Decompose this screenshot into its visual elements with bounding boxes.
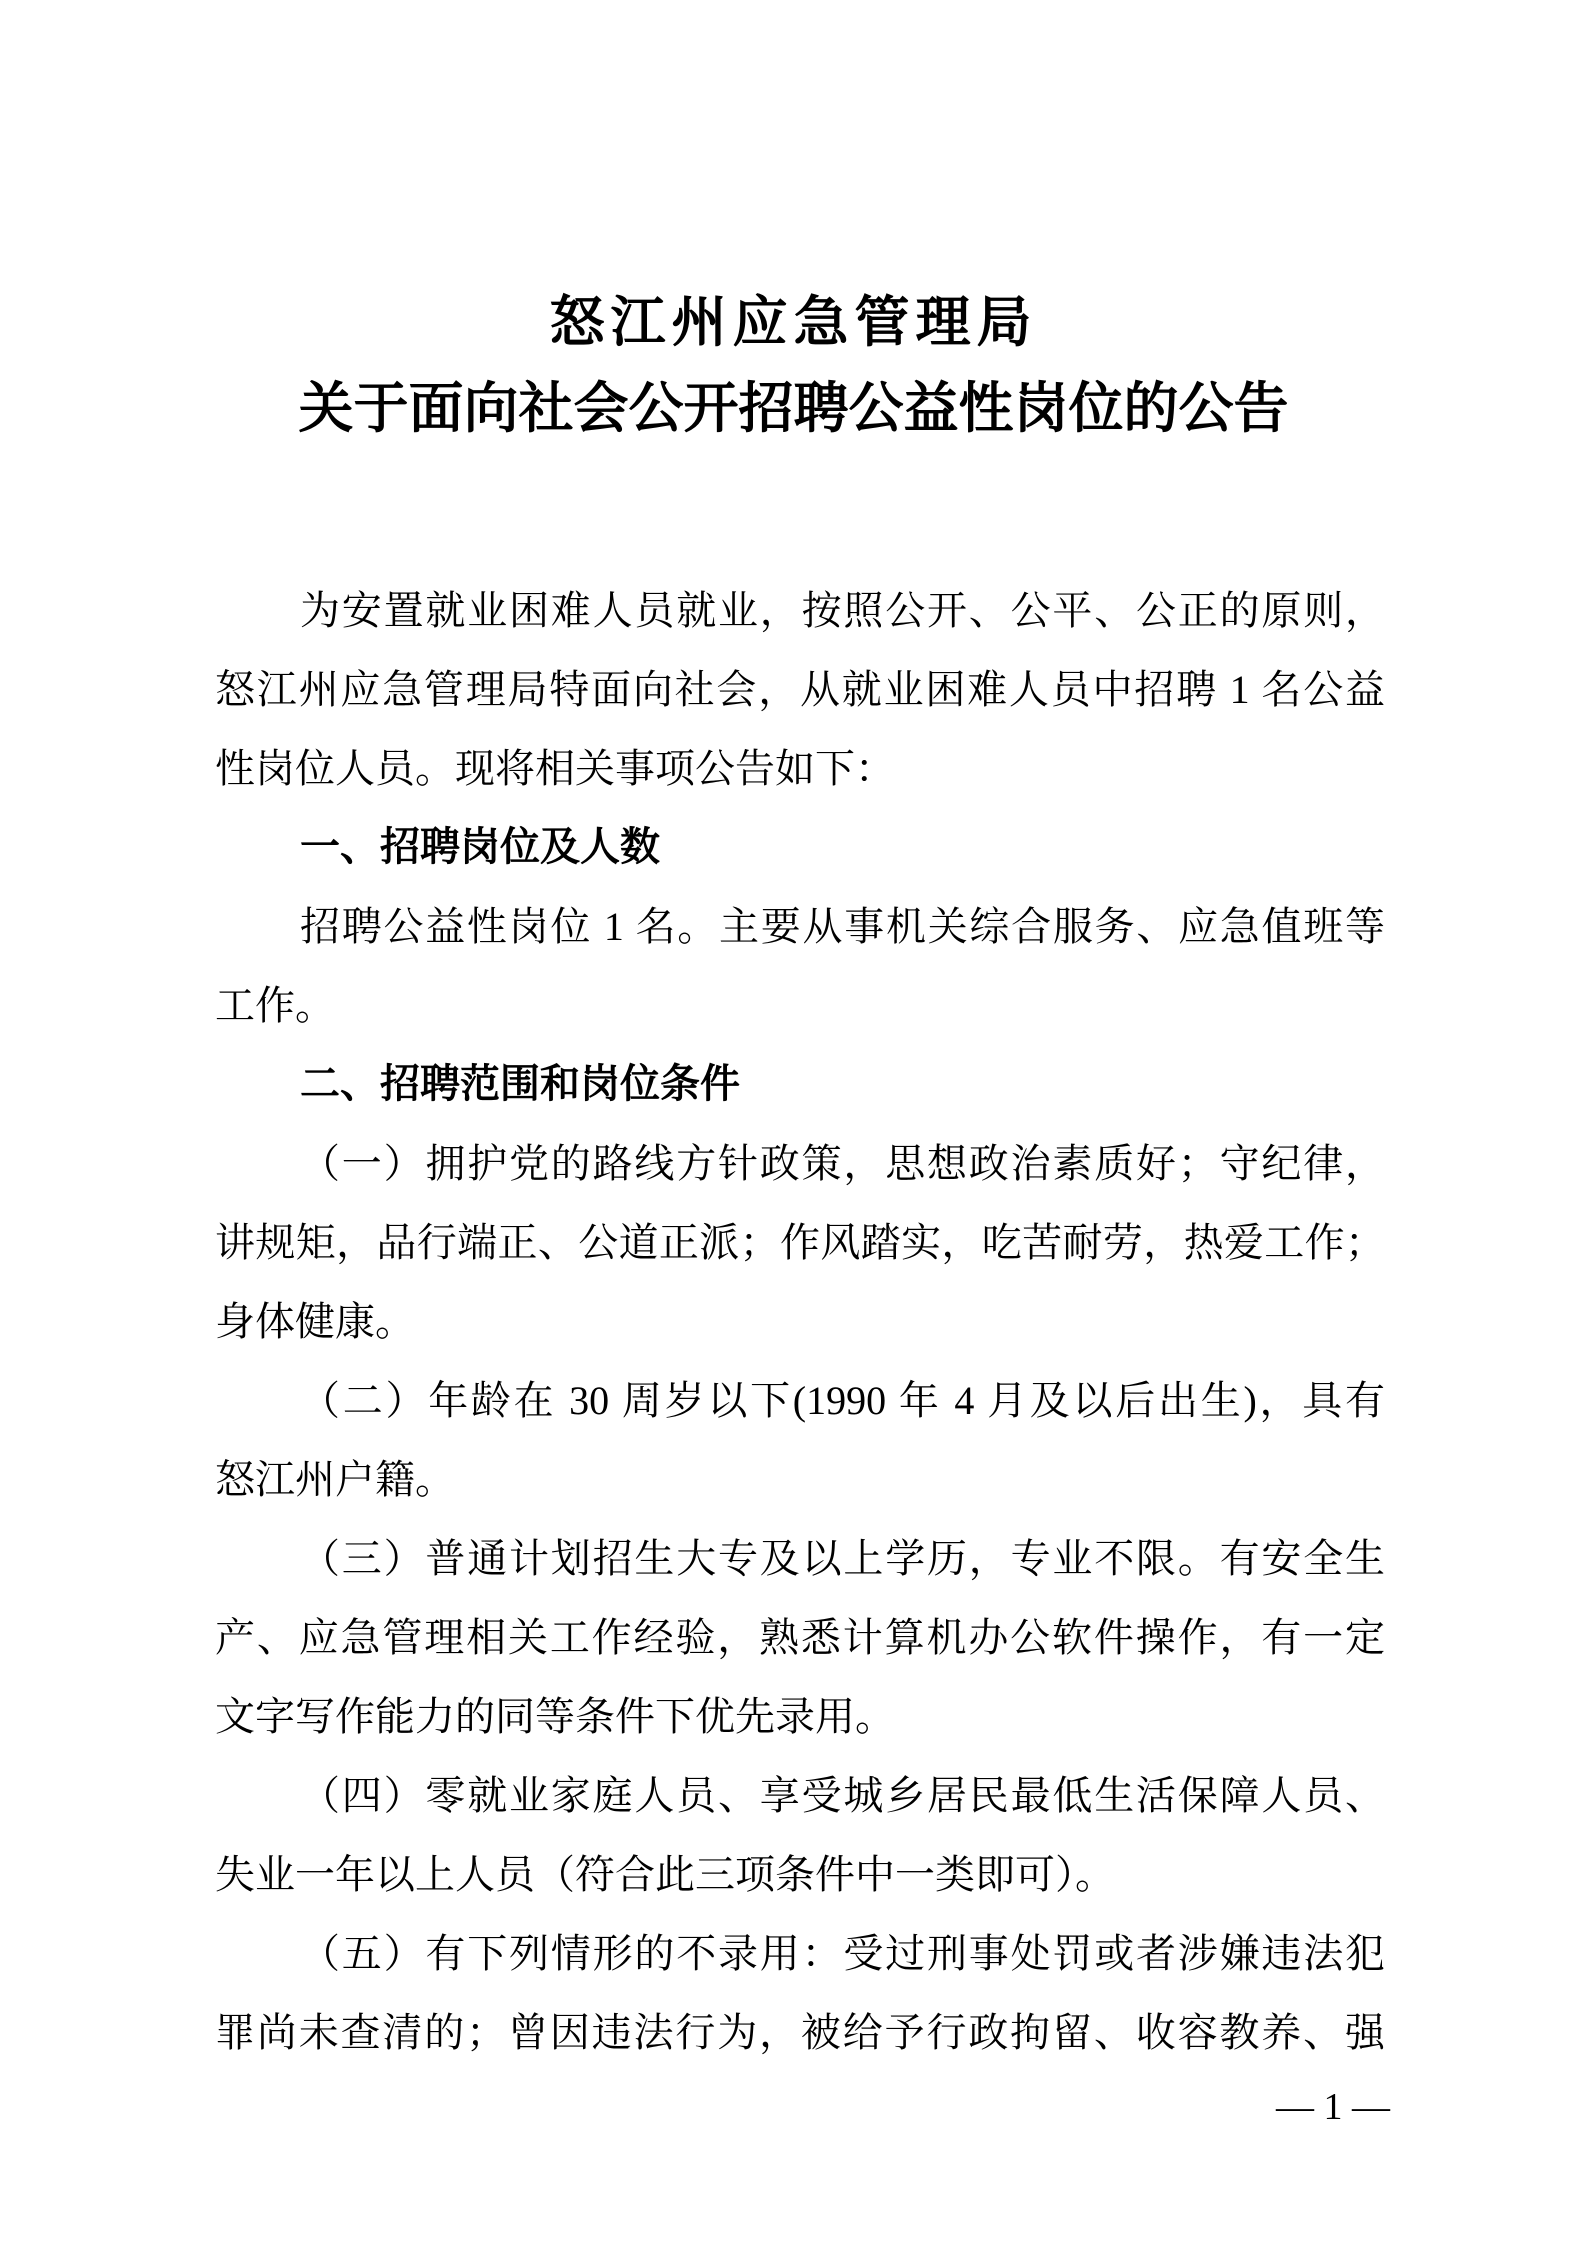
document-title-line-2: 关于面向社会公开招聘公益性岗位的公告 bbox=[0, 366, 1587, 452]
text-line: 讲规矩，品行端正、公道正派；作风踏实，吃苦耐劳，热爱工作； bbox=[215, 1203, 1385, 1282]
document-body: 为安置就业困难人员就业，按照公开、公平、公正的原则，怒江州应急管理局特面向社会，… bbox=[215, 571, 1385, 2072]
text-line: （二）年龄在 30 周岁以下(1990 年 4 月及以后出生)，具有 bbox=[215, 1361, 1385, 1440]
text-line: 身体健康。 bbox=[215, 1282, 1385, 1361]
text-line: （三）普通计划招生大专及以上学历，专业不限。有安全生 bbox=[215, 1519, 1385, 1598]
text-line: （四）零就业家庭人员、享受城乡居民最低生活保障人员、 bbox=[215, 1756, 1385, 1835]
document-page: 怒江州应急管理局 关于面向社会公开招聘公益性岗位的公告 为安置就业困难人员就业，… bbox=[0, 0, 1587, 2245]
text-line: 罪尚未查清的；曾因违法行为，被给予行政拘留、收容教养、强 bbox=[215, 1993, 1385, 2072]
text-line: 怒江州应急管理局特面向社会，从就业困难人员中招聘 1 名公益 bbox=[215, 650, 1385, 729]
text-line: 文字写作能力的同等条件下优先录用。 bbox=[215, 1677, 1385, 1756]
document-title: 怒江州应急管理局 关于面向社会公开招聘公益性岗位的公告 bbox=[0, 280, 1587, 452]
text-line: 招聘公益性岗位 1 名。主要从事机关综合服务、应急值班等 bbox=[215, 887, 1385, 966]
section-heading: 二、招聘范围和岗位条件 bbox=[215, 1045, 1385, 1124]
text-line: 失业一年以上人员（符合此三项条件中一类即可）。 bbox=[215, 1835, 1385, 1914]
text-line: 产、应急管理相关工作经验，熟悉计算机办公软件操作，有一定 bbox=[215, 1598, 1385, 1677]
text-line: 为安置就业困难人员就业，按照公开、公平、公正的原则， bbox=[215, 571, 1385, 650]
document-title-line-1: 怒江州应急管理局 bbox=[0, 280, 1587, 366]
section-heading: 一、招聘岗位及人数 bbox=[215, 808, 1385, 887]
text-line: 怒江州户籍。 bbox=[215, 1440, 1385, 1519]
page-number: — 1 — bbox=[1276, 2085, 1390, 2129]
text-line: 性岗位人员。现将相关事项公告如下： bbox=[215, 729, 1385, 808]
text-line: （五）有下列情形的不录用：受过刑事处罚或者涉嫌违法犯 bbox=[215, 1914, 1385, 1993]
text-line: （一）拥护党的路线方针政策，思想政治素质好；守纪律， bbox=[215, 1124, 1385, 1203]
text-line: 工作。 bbox=[215, 966, 1385, 1045]
